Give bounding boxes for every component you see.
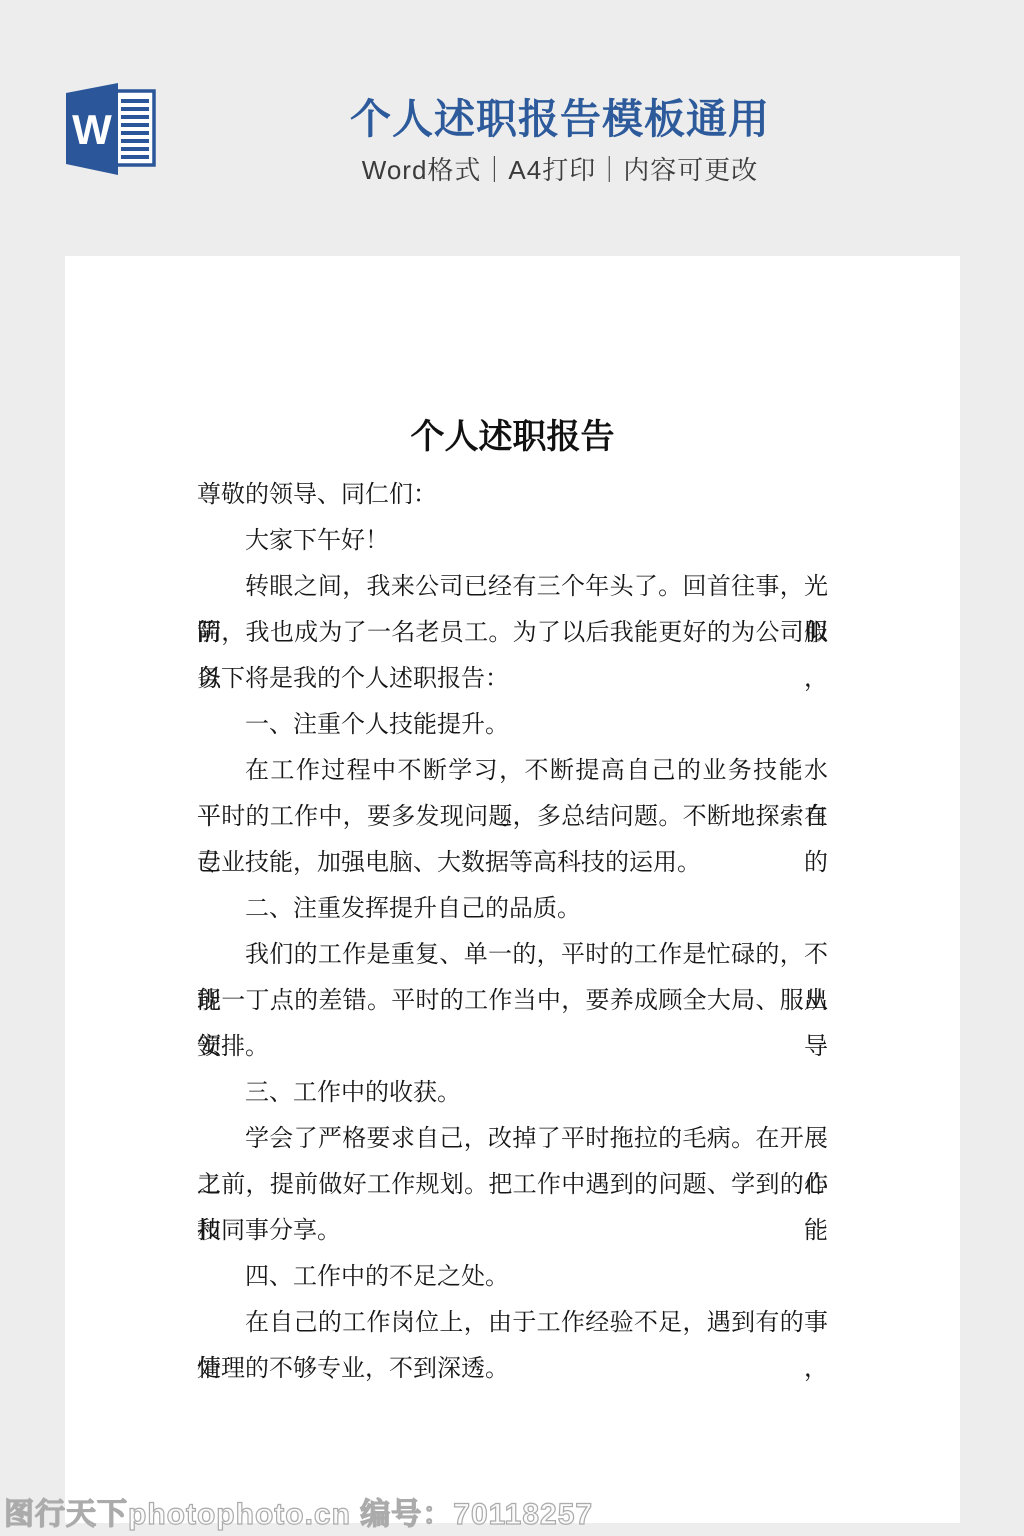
header: 个人述职报告模板通用 Word格式｜A4打印｜内容可更改: [330, 97, 790, 184]
template-title: 个人述职报告模板通用: [330, 97, 790, 141]
template-subtitle: Word格式｜A4打印｜内容可更改: [330, 156, 790, 184]
doc-line: 之前，提前做好工作规划。把工作中遇到的问题、学到的心技能: [197, 1162, 828, 1208]
doc-line: 四、工作中的不足之处。: [197, 1254, 828, 1300]
doc-line: 尊敬的领导、同仁们：: [197, 472, 828, 518]
word-letter: W: [72, 106, 112, 153]
doc-line: 平时的工作中，要多发现问题，多总结问题。不断地探索自己的: [197, 794, 828, 840]
doc-line: 在工作过程中不断学习，不断提高自己的业务技能水平。在: [197, 748, 828, 794]
doc-line: 一、注重个人技能提升。: [197, 702, 828, 748]
doc-line: 学会了严格要求自己，改掉了平时拖拉的毛病。在开展工作: [197, 1116, 828, 1162]
document-body: 尊敬的领导、同仁们：大家下午好！转眼之间，我来公司已经有三个年头了。回首往事，光…: [197, 472, 828, 1392]
document-title: 个人述职报告: [65, 416, 960, 460]
template-preview-canvas: W 个人述职报告模板通用 Word格式｜A4打印｜内容可更改 个人述职报告 尊敬…: [0, 0, 1024, 1536]
word-logo-icon: W: [64, 82, 160, 176]
doc-line: 三、工作中的收获。: [197, 1070, 828, 1116]
site-watermark: 图行天下photophoto.cn 编号：70118257: [4, 1489, 593, 1533]
doc-line: 现一丁点的差错。平时的工作当中，要养成顾全大局、服从领导: [197, 978, 828, 1024]
document-page: 个人述职报告 尊敬的领导、同仁们：大家下午好！转眼之间，我来公司已经有三个年头了…: [65, 256, 960, 1523]
doc-line: 大家下午好！: [197, 518, 828, 564]
doc-line: 转眼之间，我来公司已经有三个年头了。回首往事，光阴似: [197, 564, 828, 610]
doc-line: 二、注重发挥提升自己的品质。: [197, 886, 828, 932]
doc-line: 箭，我也成为了一名老员工。为了以后我能更好的为公司服务，: [197, 610, 828, 656]
doc-line: 在自己的工作岗位上，由于工作经验不足，遇到有的事情，: [197, 1300, 828, 1346]
word-logo-svg: W: [64, 82, 160, 176]
doc-line: 我们的工作是重复、单一的，平时的工作是忙碌的，不能出: [197, 932, 828, 978]
